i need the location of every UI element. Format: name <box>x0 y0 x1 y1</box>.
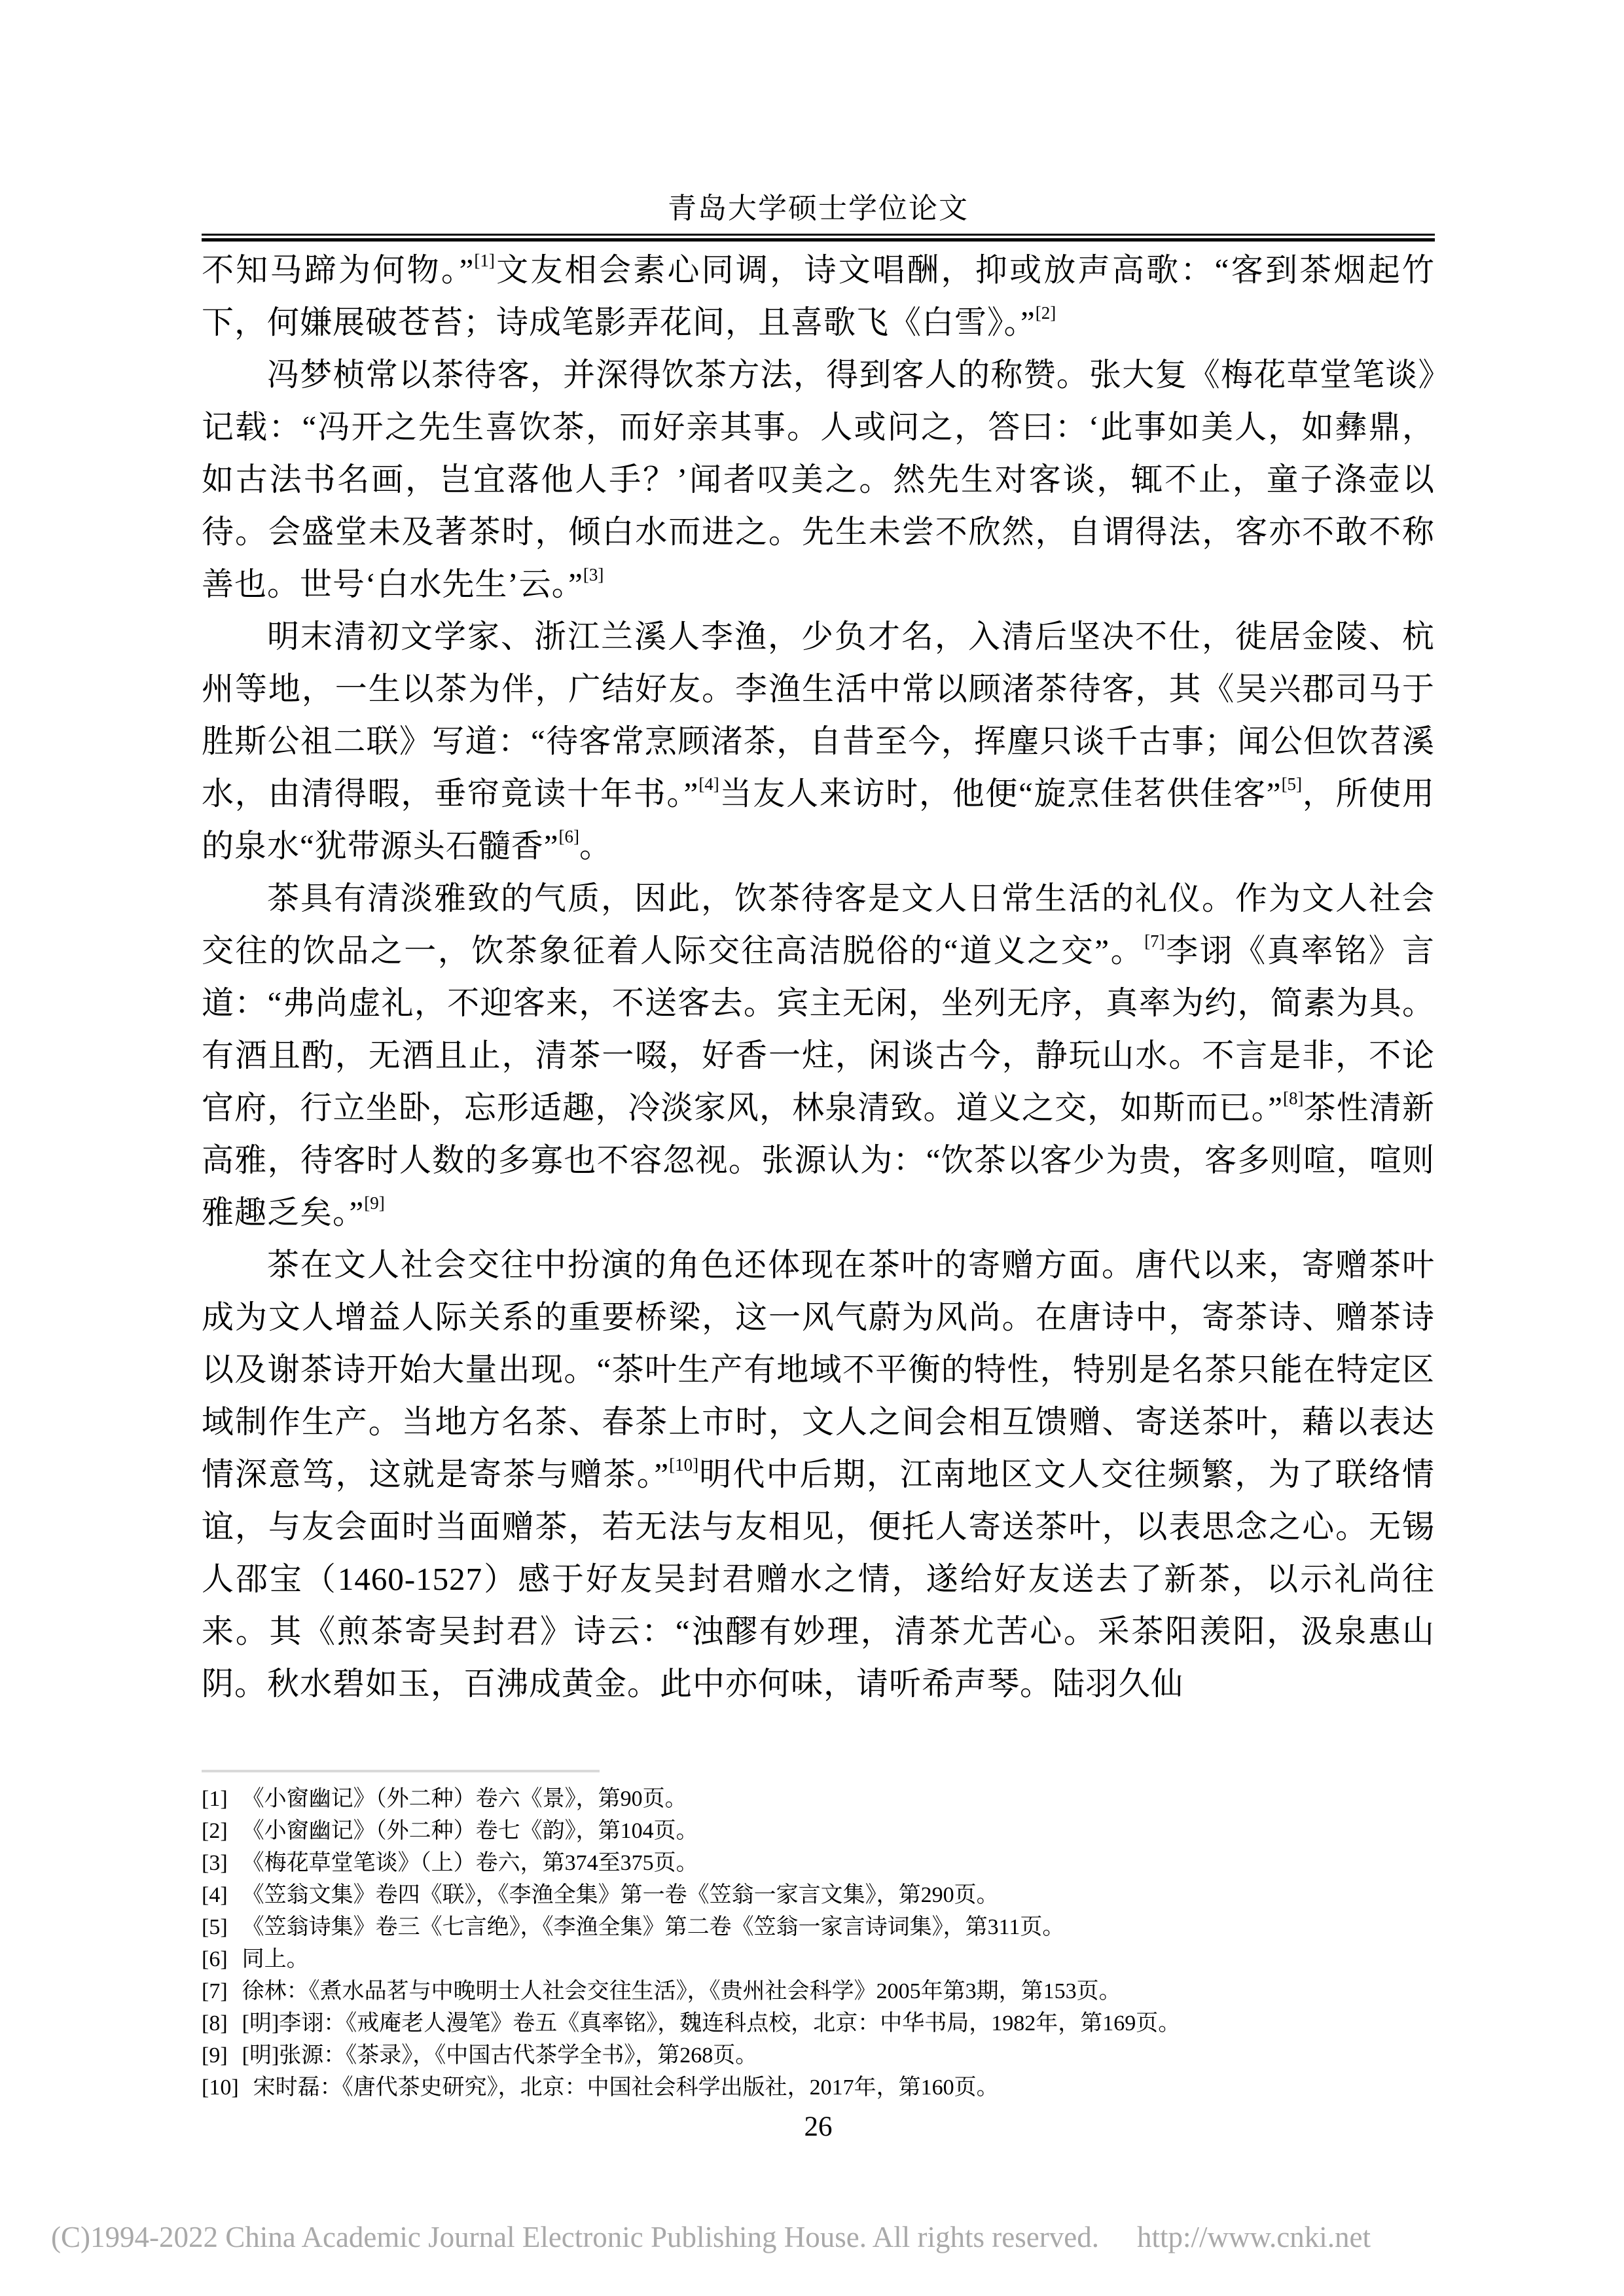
copyright-url: http://www.cnki.net <box>1137 2221 1371 2253</box>
copyright-text: (C)1994-2022 China Academic Journal Elec… <box>51 2221 1099 2253</box>
footnote-marker: [9] <box>364 1193 384 1213</box>
copyright-notice: (C)1994-2022 China Academic Journal Elec… <box>51 2219 1371 2255</box>
footnote-item-marker: [5] <box>202 1911 228 1943</box>
footnote-item-text: 宋时磊：《唐代茶史研究》，北京：中国社会科学出版社，2017年，第160页。 <box>253 2075 999 2100</box>
footnote-item-text: 《梅花草堂笔谈》（上）卷六，第374至375页。 <box>242 1851 698 1875</box>
page-number: 26 <box>202 2109 1435 2145</box>
footnote-item: [7]徐林：《煮水品茗与中晚明士人社会交往生活》，《贵州社会科学》2005年第3… <box>202 1975 1435 2007</box>
footnote-item-marker: [9] <box>202 2039 228 2072</box>
footnote-item: [10]宋时磊：《唐代茶史研究》，北京：中国社会科学出版社，2017年，第160… <box>202 2072 1435 2104</box>
footnote-marker: [1] <box>474 251 494 270</box>
footnote-item-marker: [7] <box>202 1975 228 2007</box>
footnote-marker: [2] <box>1036 303 1056 323</box>
footnote-item: [2]《小窗幽记》（外二种）卷七《韵》，第104页。 <box>202 1815 1435 1847</box>
footnote-marker: [6] <box>559 827 579 846</box>
footnote-item: [9][明]张源：《茶录》，《中国古代茶学全书》，第268页。 <box>202 2039 1435 2072</box>
footnote-marker: [4] <box>698 774 719 794</box>
footnote-item-text: 《小窗幽记》（外二种）卷七《韵》，第104页。 <box>242 1819 698 1843</box>
footnote-item-text: 《小窗幽记》（外二种）卷六《景》，第90页。 <box>242 1787 687 1811</box>
thesis-page: 青岛大学硕士学位论文 不知马蹄为何物。”[1]文友相会素心同调，诗文唱酬，抑或放… <box>0 0 1624 2296</box>
footnote-item: [8][明]李诩：《戒庵老人漫笔》卷五《真率铭》，魏连科点校，北京：中华书局，1… <box>202 2007 1435 2039</box>
footnote-item-marker: [4] <box>202 1879 228 1911</box>
footnote-item: [1]《小窗幽记》（外二种）卷六《景》，第90页。 <box>202 1783 1435 1815</box>
body-paragraph: 明末清初文学家、浙江兰溪人李渔，少负才名，入清后坚决不仕，徙居金陵、杭州等地，一… <box>202 611 1435 872</box>
header-rule-thick-line <box>202 238 1435 242</box>
footnote-item-marker: [10] <box>202 2072 239 2104</box>
footnote-item: [4]《笠翁文集》卷四《联》，《李渔全集》第一卷《笠翁一家言文集》，第290页。 <box>202 1879 1435 1911</box>
footnote-item-text: [明]李诩：《戒庵老人漫笔》卷五《真率铭》，魏连科点校，北京：中华书局，1982… <box>242 2011 1181 2036</box>
footnote-marker: [8] <box>1283 1088 1303 1108</box>
body-paragraph: 不知马蹄为何物。”[1]文友相会素心同调，诗文唱酬，抑或放声高歌：“客到茶烟起竹… <box>202 244 1435 349</box>
footnote-item-marker: [6] <box>202 1943 228 1975</box>
footnote-list: [1]《小窗幽记》（外二种）卷六《景》，第90页。[2]《小窗幽记》（外二种）卷… <box>202 1783 1435 2104</box>
footnote-item-text: 徐林：《煮水品茗与中晚明士人社会交往生活》，《贵州社会科学》2005年第3期，第… <box>242 1979 1121 2003</box>
footnote-item-marker: [1] <box>202 1783 228 1815</box>
footnote-item-text: 《笠翁文集》卷四《联》，《李渔全集》第一卷《笠翁一家言文集》，第290页。 <box>242 1883 999 1907</box>
header-double-rule <box>202 234 1435 242</box>
footnote-item-text: 同上。 <box>242 1947 309 1971</box>
footnote-item: [3]《梅花草堂笔谈》（上）卷六，第374至375页。 <box>202 1847 1435 1879</box>
footnote-item-text: [明]张源：《茶录》，《中国古代茶学全书》，第268页。 <box>242 2043 758 2068</box>
footnote-item: [6]同上。 <box>202 1943 1435 1975</box>
footnote-item: [5]《笠翁诗集》卷三《七言绝》，《李渔全集》第二卷《笠翁一家言诗词集》，第31… <box>202 1911 1435 1943</box>
footnote-marker: [7] <box>1144 931 1164 951</box>
footnote-marker: [5] <box>1282 774 1302 794</box>
footnote-item-marker: [2] <box>202 1815 228 1847</box>
page-header-title: 青岛大学硕士学位论文 <box>202 192 1435 226</box>
footnote-marker: [3] <box>583 565 604 584</box>
footnote-separator <box>202 1770 600 1772</box>
header-rule-thin-line <box>202 234 1435 236</box>
body-paragraph: 冯梦桢常以茶待客，并深得饮茶方法，得到客人的称赞。张大复《梅花草堂笔谈》记载：“… <box>202 349 1435 611</box>
body-paragraph: 茶具有清淡雅致的气质，因此，饮茶待客是文人日常生活的礼仪。作为文人社会交往的饮品… <box>202 872 1435 1239</box>
footnote-item-marker: [8] <box>202 2007 228 2039</box>
footnote-marker: [10] <box>669 1455 698 1475</box>
body-text: 不知马蹄为何物。”[1]文友相会素心同调，诗文唱酬，抑或放声高歌：“客到茶烟起竹… <box>202 244 1435 1710</box>
footnote-item-marker: [3] <box>202 1847 228 1879</box>
page-content: 青岛大学硕士学位论文 不知马蹄为何物。”[1]文友相会素心同调，诗文唱酬，抑或放… <box>202 0 1435 2145</box>
body-paragraph: 茶在文人社会交往中扮演的角色还体现在茶叶的寄赠方面。唐代以来，寄赠茶叶成为文人增… <box>202 1239 1435 1710</box>
footnote-item-text: 《笠翁诗集》卷三《七言绝》，《李渔全集》第二卷《笠翁一家言诗词集》，第311页。 <box>242 1915 1065 1939</box>
